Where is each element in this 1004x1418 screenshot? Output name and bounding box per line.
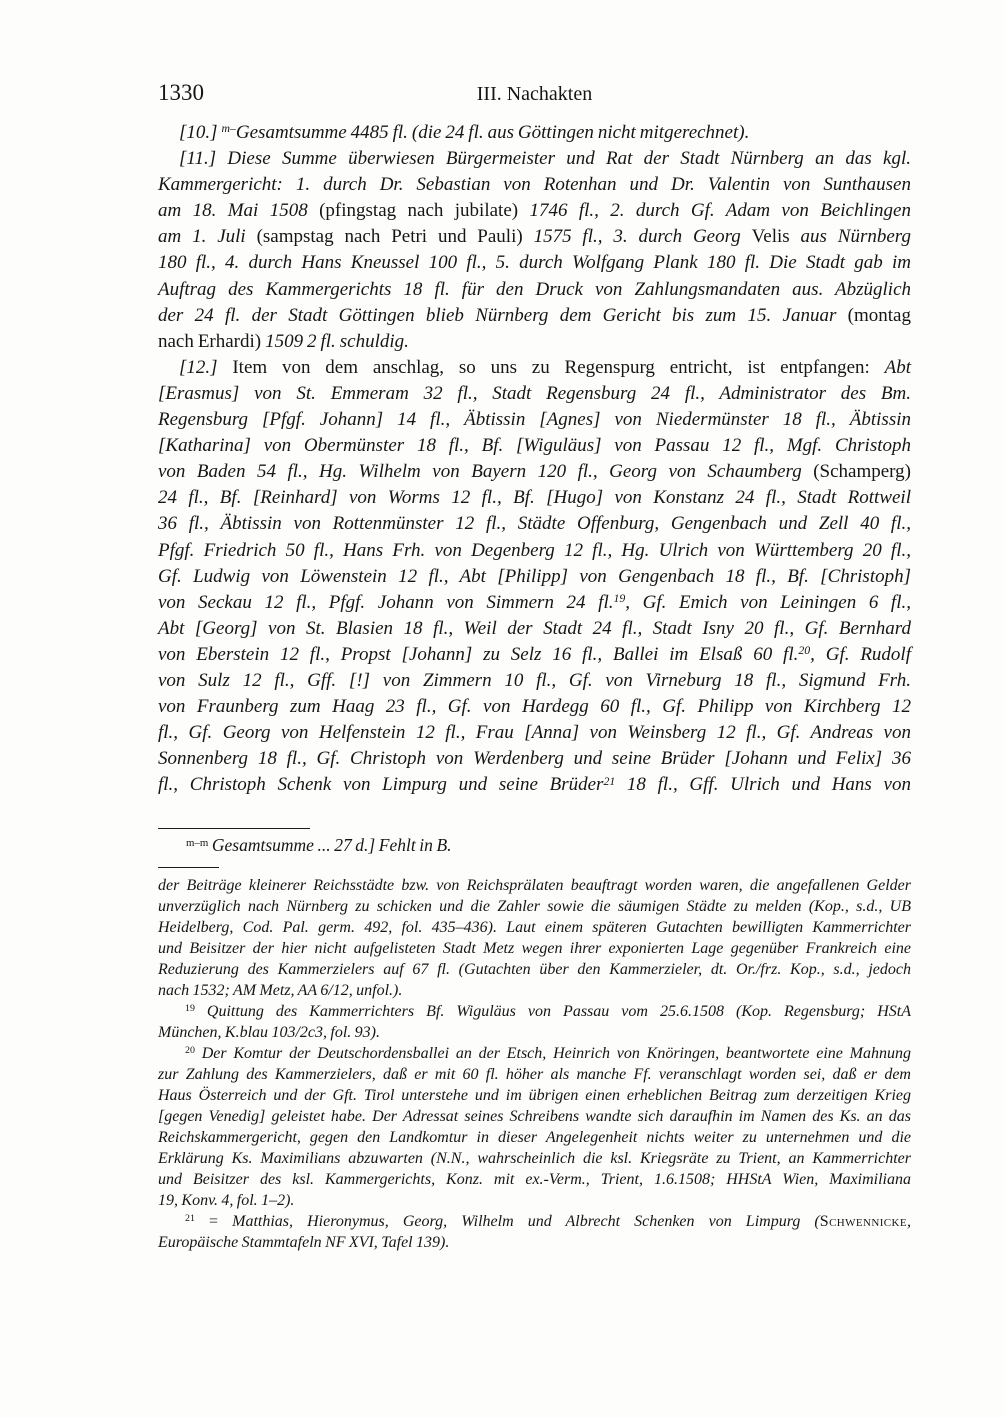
book-page: 1330 III. Nachakten [10.] m–Gesamtsumme …: [0, 0, 1004, 1418]
footnote-separator-rule: [158, 867, 219, 868]
text-segment: [11.] Diese Summe überwiesen Bürgermeist…: [179, 148, 911, 169]
text-segment: fl., Gf. Georg von Helfenstein 12 fl., F…: [158, 722, 911, 743]
text-segment: Haus Österreich und der Gft. Tirol unter…: [158, 1087, 911, 1104]
footnote-18-continuation: der Beiträge kleinerer Reichsstädte bzw.…: [158, 875, 911, 1001]
text-line: der Beiträge kleinerer Reichsstädte bzw.…: [158, 875, 911, 896]
text-segment: [Katharina] von Obermünster 18 fl., Bf. …: [158, 435, 911, 456]
apparatus-separator-rule: [158, 828, 310, 829]
text-segment: Gf. Ludwig von Löwenstein 12 fl., Abt [P…: [158, 566, 911, 587]
text-line: 24 fl., Bf. [Reinhard] von Worms 12 fl.,…: [158, 485, 911, 511]
text-segment: (pfingstag nach jubilate): [319, 200, 529, 221]
text-segment: am 1. Juli: [158, 226, 257, 247]
text-line: und Beisitzer des ksl. Kammergerichts, K…: [158, 1169, 911, 1190]
paragraph-12: [12.] Item von dem anschlag, so uns zu R…: [158, 355, 911, 799]
text-segment: Gesamtsumme ... 27 d.] Fehlt in B.: [208, 835, 451, 855]
text-segment: von Seckau 12 fl., Pfgf. Johann von Simm…: [158, 592, 614, 613]
text-segment: Quittung des Kammerrichters Bf. Wiguläus…: [195, 1003, 911, 1020]
text-line: Regensburg [Pfgf. Johann] 14 fl., Äbtiss…: [158, 407, 911, 433]
text-segment: am 18. Mai 1508: [158, 200, 319, 221]
text-line: nach 1532; AM Metz, AA 6/12, unfol.).: [158, 980, 911, 1001]
text-line: von Sulz 12 fl., Gff. [!] von Zimmern 10…: [158, 668, 911, 694]
text-segment: Schwennicke: [820, 1213, 907, 1230]
text-segment: von Eberstein 12 fl., Propst [Johann] zu…: [158, 644, 798, 665]
text-segment: Der Komtur der Deutschordensballei an de…: [195, 1045, 911, 1062]
text-segment: Reichskammergericht, gegen den Landkomtu…: [158, 1129, 911, 1146]
text-segment: 1746 fl., 2. durch Gf. Adam von Beichlin…: [529, 200, 911, 221]
footnote-21: 21 = Matthias, Hieronymus, Georg, Wilhel…: [158, 1211, 911, 1253]
body-text: [10.] m–Gesamtsumme 4485 fl. (die 24 fl.…: [158, 120, 911, 798]
text-segment: und Beisitzer der hier nicht aufgelistet…: [158, 940, 911, 957]
text-line: [Katharina] von Obermünster 18 fl., Bf. …: [158, 433, 911, 459]
text-line: zur Zahlung des Kammerzielers, daß er mi…: [158, 1064, 911, 1085]
text-segment: 1509 2 fl. schuldig.: [265, 331, 409, 352]
text-line: München, K.blau 103/2c3, fol. 93).: [158, 1022, 911, 1043]
text-segment: =: [195, 1213, 232, 1230]
text-segment: Reduzierung des Kammerzielers auf 67 fl.…: [158, 961, 911, 978]
text-segment: Gesamtsumme 4485 fl. (die 24 fl. aus Göt…: [236, 122, 749, 143]
text-segment: 19: [185, 1003, 195, 1014]
text-segment: unverzüglich nach Nürnberg zu schicken u…: [158, 898, 911, 915]
text-segment: von Baden 54 fl., Hg. Wilhelm von Bayern…: [158, 461, 813, 482]
text-line: [12.] Item von dem anschlag, so uns zu R…: [158, 355, 911, 381]
text-line: am 18. Mai 1508 (pfingstag nach jubilate…: [158, 198, 911, 224]
page-header: 1330 III. Nachakten: [158, 80, 911, 108]
text-segment: m–: [222, 122, 236, 135]
text-segment: Auftrag des Kammergerichts 18 fl. für de…: [158, 279, 911, 300]
text-segment: der 24 fl. der Stadt Göttingen blieb Nür…: [158, 305, 848, 326]
text-segment: Kammergericht: 1. durch Dr. Sebastian vo…: [158, 174, 911, 195]
text-line: Auftrag des Kammergerichts 18 fl. für de…: [158, 277, 911, 303]
text-line: 19, Konv. 4, fol. 1–2).: [158, 1190, 911, 1211]
text-segment: München, K.blau 103/2c3, fol. 93).: [158, 1024, 380, 1041]
text-line: m–m Gesamtsumme ... 27 d.] Fehlt in B.: [158, 833, 911, 858]
text-segment: 180 fl., 4. durch Hans Kneussel 100 fl.,…: [158, 252, 911, 273]
text-line: Kammergericht: 1. durch Dr. Sebastian vo…: [158, 172, 911, 198]
text-segment: Europäische Stammtafeln NF XVI, Tafel 13…: [158, 1234, 449, 1251]
footnotes-block: der Beiträge kleinerer Reichsstädte bzw.…: [158, 875, 911, 1253]
text-line: Reduzierung des Kammerzielers auf 67 fl.…: [158, 959, 911, 980]
text-segment: von Fraunberg zum Haag 23 fl., Gf. von H…: [158, 696, 911, 717]
text-segment: 21: [185, 1213, 195, 1224]
text-line: am 1. Juli (sampstag nach Petri und Paul…: [158, 224, 911, 250]
text-segment: zur Zahlung des Kammerzielers, daß er mi…: [158, 1066, 911, 1083]
text-line: Abt [Georg] von St. Blasien 18 fl., Weil…: [158, 616, 911, 642]
apparatus-note: m–m Gesamtsumme ... 27 d.] Fehlt in B.: [158, 833, 911, 858]
text-segment: m–m: [186, 837, 208, 849]
text-line: Pfgf. Friedrich 50 fl., Hans Frh. von De…: [158, 538, 911, 564]
text-segment: Regensburg [Pfgf. Johann] 14 fl., Äbtiss…: [158, 409, 911, 430]
text-segment: 1575 fl., 3. durch Georg: [534, 226, 752, 247]
text-segment: Sonnenberg 18 fl., Gf. Christoph von Wer…: [158, 748, 911, 769]
text-segment: aus Nürnberg: [801, 226, 911, 247]
text-segment: 20: [798, 644, 810, 657]
text-segment: der Beiträge kleinerer Reichsstädte bzw.…: [158, 877, 911, 894]
text-segment: [12.]: [179, 357, 232, 378]
text-segment: nach Erhardi): [158, 331, 265, 352]
text-segment: (sampstag nach Petri und Pauli): [257, 226, 534, 247]
text-segment: [gegen Venedig] geleistet habe. Der Adre…: [158, 1108, 911, 1125]
text-segment: Heidelberg, Cod. Pal. germ. 492, fol. 43…: [158, 919, 911, 936]
text-segment: 20: [185, 1045, 195, 1056]
text-line: fl., Gf. Georg von Helfenstein 12 fl., F…: [158, 720, 911, 746]
text-line: von Fraunberg zum Haag 23 fl., Gf. von H…: [158, 694, 911, 720]
text-line: 180 fl., 4. durch Hans Kneussel 100 fl.,…: [158, 250, 911, 276]
text-segment: , Gf. Rudolf: [810, 644, 911, 665]
text-segment: 36 fl., Äbtissin von Rottenmünster 12 fl…: [158, 513, 911, 534]
text-line: unverzüglich nach Nürnberg zu schicken u…: [158, 896, 911, 917]
text-line: fl., Christoph Schenk von Limpurg und se…: [158, 772, 911, 798]
text-segment: nach 1532; AM Metz, AA 6/12, unfol.).: [158, 982, 402, 999]
text-segment: Pfgf. Friedrich 50 fl., Hans Frh. von De…: [158, 540, 911, 561]
text-line: nach Erhardi) 1509 2 fl. schuldig.: [158, 329, 911, 355]
text-segment: Matthias, Hieronymus, Georg, Wilhelm und…: [232, 1213, 820, 1230]
text-segment: und Beisitzer des ksl. Kammergerichts, K…: [158, 1171, 911, 1188]
text-segment: 24 fl., Bf. [Reinhard] von Worms 12 fl.,…: [158, 487, 911, 508]
page-number: 1330: [158, 80, 204, 106]
text-segment: Abt: [885, 357, 911, 378]
text-line: 20 Der Komtur der Deutschordensballei an…: [158, 1043, 911, 1064]
footnote-20: 20 Der Komtur der Deutschordensballei an…: [158, 1043, 911, 1211]
text-line: und Beisitzer der hier nicht aufgelistet…: [158, 938, 911, 959]
text-line: 36 fl., Äbtissin von Rottenmünster 12 fl…: [158, 511, 911, 537]
text-line: Gf. Ludwig von Löwenstein 12 fl., Abt [P…: [158, 564, 911, 590]
text-segment: 21: [603, 775, 615, 788]
text-segment: Erklärung Ks. Maximilians abzuwarten (N.…: [158, 1150, 911, 1167]
text-segment: Velis: [752, 226, 801, 247]
text-line: 21 = Matthias, Hieronymus, Georg, Wilhel…: [158, 1211, 911, 1232]
text-line: Erklärung Ks. Maximilians abzuwarten (N.…: [158, 1148, 911, 1169]
text-line: [gegen Venedig] geleistet habe. Der Adre…: [158, 1106, 911, 1127]
text-line: der 24 fl. der Stadt Göttingen blieb Nür…: [158, 303, 911, 329]
text-segment: [10.]: [179, 122, 222, 143]
text-line: Haus Österreich und der Gft. Tirol unter…: [158, 1085, 911, 1106]
text-line: Heidelberg, Cod. Pal. germ. 492, fol. 43…: [158, 917, 911, 938]
text-segment: 18 fl., Gff. Ulrich und Hans von: [615, 774, 911, 795]
text-line: [11.] Diese Summe überwiesen Bürgermeist…: [158, 146, 911, 172]
text-line: von Eberstein 12 fl., Propst [Johann] zu…: [158, 642, 911, 668]
text-segment: fl., Christoph Schenk von Limpurg und se…: [158, 774, 603, 795]
text-segment: 19, Konv. 4, fol. 1–2).: [158, 1192, 294, 1209]
paragraph-11: [11.] Diese Summe überwiesen Bürgermeist…: [158, 146, 911, 355]
footnote-19: 19 Quittung des Kammerrichters Bf. Wigul…: [158, 1001, 911, 1043]
text-segment: [Erasmus] von St. Emmeram 32 fl., Stadt …: [158, 383, 911, 404]
text-line: Reichskammergericht, gegen den Landkomtu…: [158, 1127, 911, 1148]
text-segment: Abt [Georg] von St. Blasien 18 fl., Weil…: [158, 618, 911, 639]
text-segment: (Schamperg): [813, 461, 911, 482]
text-segment: 19: [614, 592, 626, 605]
text-line: 19 Quittung des Kammerrichters Bf. Wigul…: [158, 1001, 911, 1022]
paragraph-10: [10.] m–Gesamtsumme 4485 fl. (die 24 fl.…: [158, 120, 911, 146]
text-segment: (montag: [848, 305, 911, 326]
text-line: von Baden 54 fl., Hg. Wilhelm von Bayern…: [158, 459, 911, 485]
text-line: [Erasmus] von St. Emmeram 32 fl., Stadt …: [158, 381, 911, 407]
text-segment: , Gf. Emich von Leiningen 6 fl.,: [625, 592, 911, 613]
running-header: III. Nachakten: [477, 82, 593, 106]
text-line: [10.] m–Gesamtsumme 4485 fl. (die 24 fl.…: [158, 120, 911, 146]
text-segment: von Sulz 12 fl., Gff. [!] von Zimmern 10…: [158, 670, 911, 691]
text-segment: ,: [907, 1213, 911, 1230]
text-line: Sonnenberg 18 fl., Gf. Christoph von Wer…: [158, 746, 911, 772]
text-line: Europäische Stammtafeln NF XVI, Tafel 13…: [158, 1232, 911, 1253]
text-line: von Seckau 12 fl., Pfgf. Johann von Simm…: [158, 590, 911, 616]
text-segment: Item von dem anschlag, so uns zu Regensp…: [232, 357, 884, 378]
